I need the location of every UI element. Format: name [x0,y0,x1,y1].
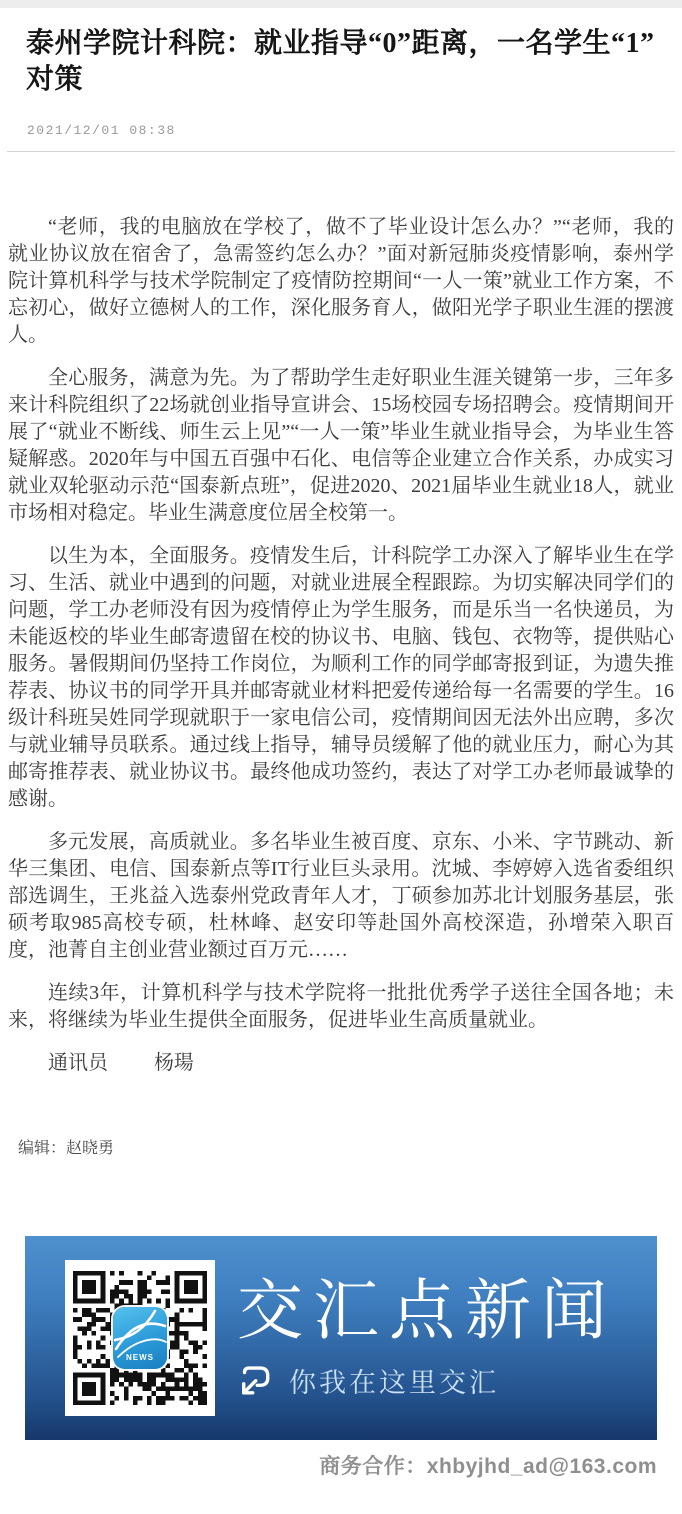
promo-banner[interactable]: NEWS 交汇点新闻 你我在这里交汇 [25,1236,657,1440]
banner-slogan-text: 你我在这里交汇 [289,1361,499,1400]
header-divider [7,151,675,152]
article-paragraph: 多元发展，高质就业。多名毕业生被百度、京东、小米、字节跳动、新华三集团、电信、国… [8,829,674,964]
article-paragraph: “老师，我的电脑放在学校了，做不了毕业设计怎么办？”“老师，我的就业协议放在宿舍… [8,214,674,349]
editor-name: 赵晓勇 [66,1140,114,1157]
correspondent-line: 通讯员杨瑒 [8,1050,674,1077]
article-paragraph: 全心服务，满意为先。为了帮助学生走好职业生涯关键第一步，三年多来计科院组织了22… [8,365,674,527]
banner-slogan: 你我在这里交汇 [237,1361,617,1400]
business-contact: 商务合作：xhbyjhd_ad@163.com [25,1450,657,1480]
top-strip [0,0,682,8]
correspondent-name: 杨瑒 [154,1052,194,1074]
article-paragraph: 以生为本，全面服务。疫情发生后，计科院学工办深入了解毕业生在学习、生活、就业中遇… [8,543,674,813]
cursor-arrow-icon [237,1362,273,1398]
editor-label: 编辑： [18,1140,66,1157]
correspondent-label: 通讯员 [48,1052,108,1074]
publish-date: 2021/12/01 08:38 [27,123,682,138]
bottom-space [0,1480,682,1514]
qr-code: NEWS [65,1260,215,1416]
app-logo-text: NEWS [126,1353,154,1362]
article-body: “老师，我的电脑放在学校了，做不了毕业设计怎么办？”“老师，我的就业协议放在宿舍… [8,214,674,1034]
article-title: 泰州学院计科院：就业指导“0”距离，一名学生“1”对策 [26,26,657,99]
editor-line: 编辑：赵晓勇 [18,1135,682,1158]
article-paragraph: 连续3年，计算机科学与技术学院将一批批优秀学子送往全国各地；未来，将继续为毕业生… [8,980,674,1034]
app-logo: NEWS [113,1307,167,1369]
banner-text: 交汇点新闻 你我在这里交汇 [237,1276,617,1400]
banner-title: 交汇点新闻 [237,1276,617,1345]
